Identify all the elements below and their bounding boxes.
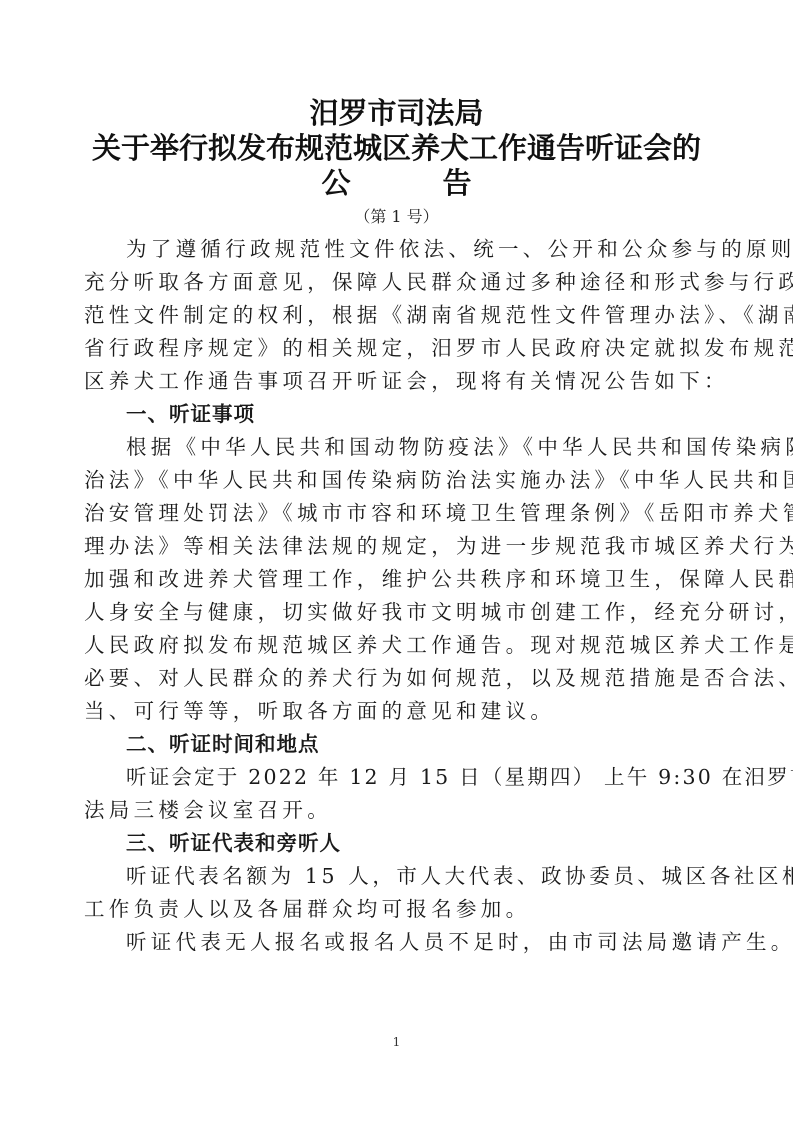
section-line: 工作负责人以及各届群众均可报名参加。	[84, 893, 712, 926]
section-line: 当、可行等等，听取各方面的意见和建议。	[84, 695, 712, 728]
section-heading-hearing-matters: 一、听证事项	[84, 398, 712, 431]
section-line: 治安管理处罚法》《城市市容和环境卫生管理条例》《岳阳市养犬管	[84, 497, 712, 530]
section-heading-time-and-place: 二、听证时间和地点	[84, 728, 712, 761]
section-line: 听证代表名额为 15 人，市人大代表、政协委员、城区各社区相关	[84, 860, 712, 893]
intro-line: 范性文件制定的权利，根据《湖南省规范性文件管理办法》、《湖南	[84, 299, 712, 332]
section-line: 听证会定于 2022 年 12 月 15 日（星期四） 上午 9:30 在汨罗市…	[84, 761, 712, 794]
issue-number: （第 1 号）	[0, 206, 793, 228]
issuer-title: 汨罗市司法局	[0, 96, 793, 130]
notice-subject-title: 关于举行拟发布规范城区养犬工作通告听证会的	[0, 131, 793, 165]
section-heading-representatives: 三、听证代表和旁听人	[84, 827, 712, 860]
section-line: 必要、对人民群众的养犬行为如何规范，以及规范措施是否合法、适	[84, 662, 712, 695]
section-line: 治法》《中华人民共和国传染病防治法实施办法》《中华人民共和国	[84, 464, 712, 497]
document-page: 汨罗市司法局 关于举行拟发布规范城区养犬工作通告听证会的 公告 （第 1 号） …	[0, 0, 793, 1122]
document-body: 为了遵循行政规范性文件依法、统一、公开和公众参与的原则， 充分听取各方面意见，保…	[84, 233, 712, 959]
intro-line: 省行政程序规定》的相关规定，汨罗市人民政府决定就拟发布规范城	[84, 332, 712, 365]
announcement-title: 公告	[0, 166, 793, 200]
section-line: 听证代表无人报名或报名人员不足时，由市司法局邀请产生。	[84, 926, 712, 959]
section-line: 根据《中华人民共和国动物防疫法》《中华人民共和国传染病防	[84, 431, 712, 464]
intro-line: 区养犬工作通告事项召开听证会，现将有关情况公告如下：	[84, 365, 712, 398]
section-line: 理办法》等相关法律法规的规定，为进一步规范我市城区养犬行为，	[84, 530, 712, 563]
announcement-title-left: 公	[321, 166, 350, 200]
section-line: 加强和改进养犬管理工作，维护公共秩序和环境卫生，保障人民群众	[84, 563, 712, 596]
section-line: 人身安全与健康，切实做好我市文明城市创建工作，经充分研讨，市	[84, 596, 712, 629]
intro-line: 为了遵循行政规范性文件依法、统一、公开和公众参与的原则，	[84, 233, 712, 266]
intro-line: 充分听取各方面意见，保障人民群众通过多种途径和形式参与行政规	[84, 266, 712, 299]
page-number: 1	[0, 1035, 793, 1049]
section-line: 法局三楼会议室召开。	[84, 794, 712, 827]
section-line: 人民政府拟发布规范城区养犬工作通告。现对规范城区养犬工作是否	[84, 629, 712, 662]
announcement-title-right: 告	[443, 166, 472, 200]
